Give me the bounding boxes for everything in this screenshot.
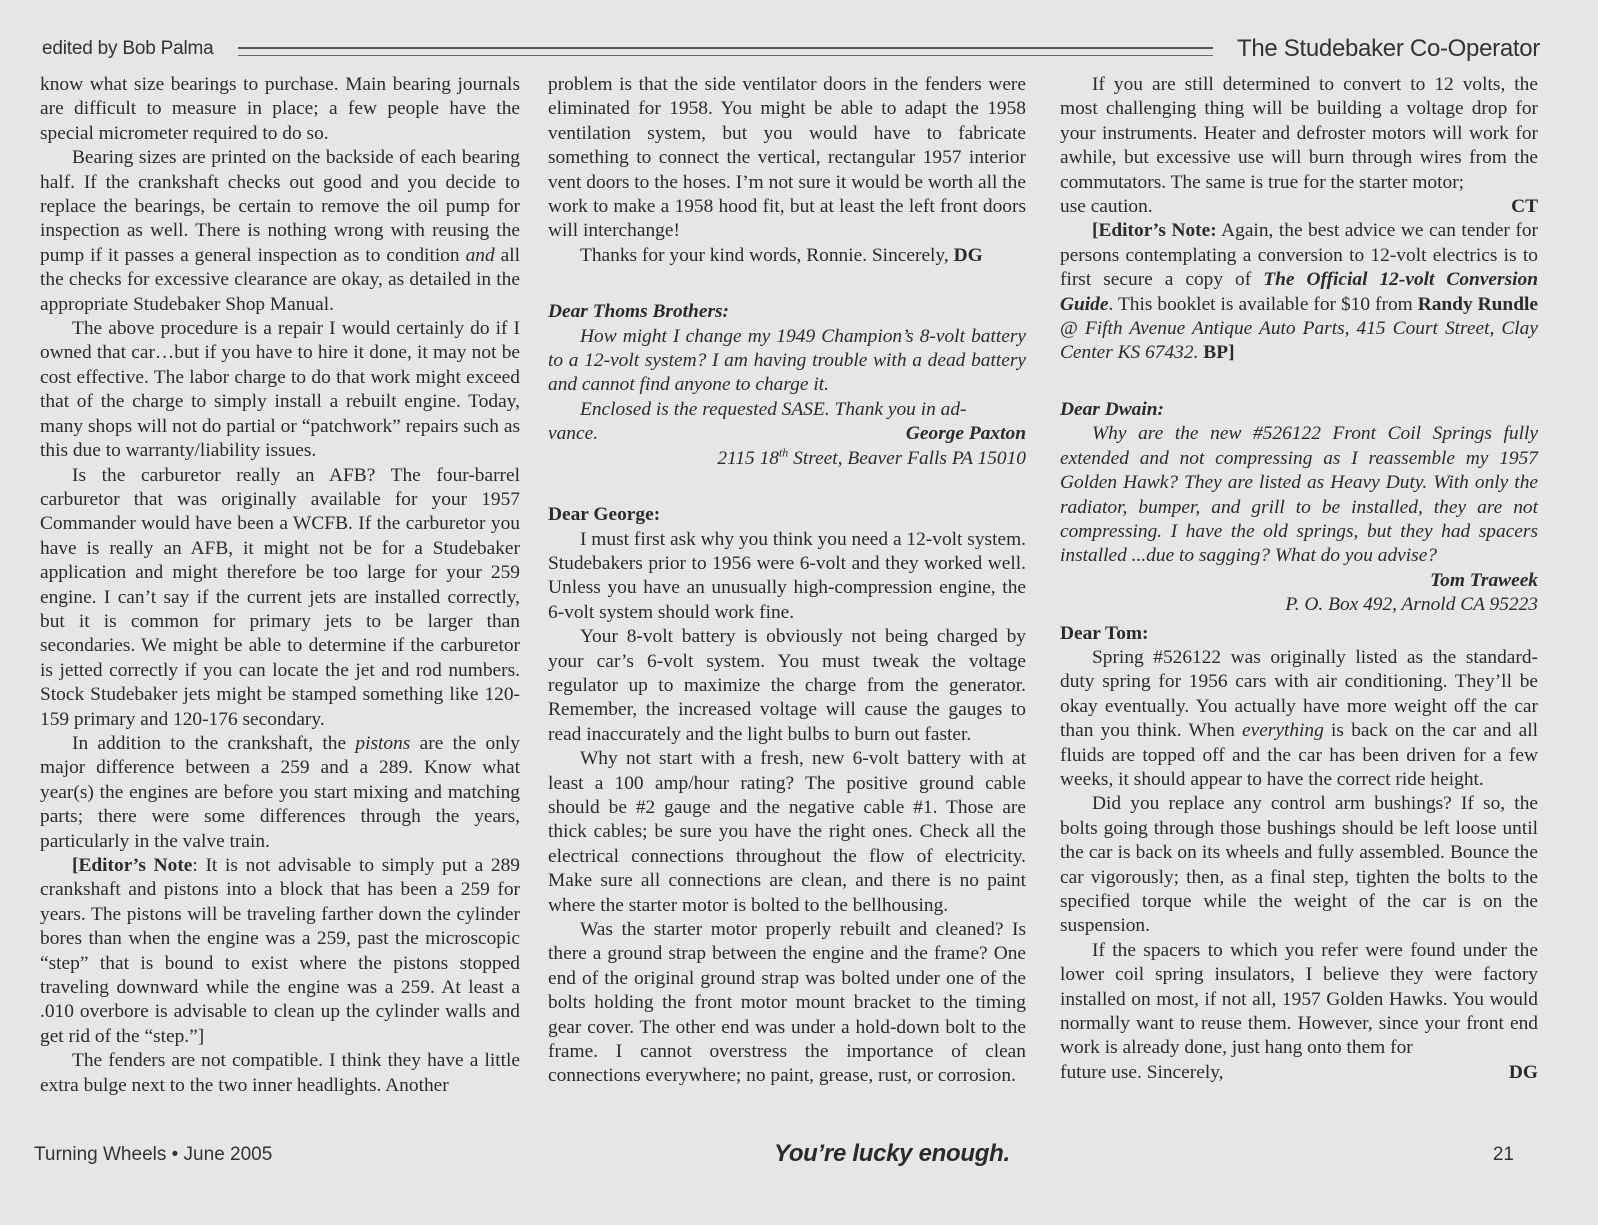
letter-salutation: Dear Dwain: [1060,398,1538,422]
paragraph: Was the starter motor properly rebuilt a… [548,918,1026,1089]
letter-paragraph: Why are the new #526122 Front Coil Sprin… [1060,422,1538,568]
letter-signature: Tom Traweek [1060,569,1538,593]
article-body: know what size bearings to purchase. Mai… [40,73,1540,1113]
reply-salutation: Dear George: [548,503,1026,527]
paragraph: If the spacers to which you refer were f… [1060,939,1538,1061]
paragraph: know what size bearings to purchase. Mai… [40,73,520,146]
paragraph: Spring #526122 was originally listed as … [1060,646,1538,792]
paragraph: Your 8-volt battery is obviously not bei… [548,625,1026,747]
signoff-initials: CT [1511,195,1538,219]
paragraph: I must first ask why you think you need … [548,528,1026,626]
letter-address: 2115 18th Street, Beaver Falls PA 15010 [548,447,1026,471]
paragraph: The fenders are not compatible. I think … [40,1049,520,1098]
letter-signature: George Paxton [906,422,1026,446]
reply-salutation: Dear Tom: [1060,622,1538,646]
paragraph: Is the carburetor really an AFB? The fou… [40,464,520,732]
editor-credit: edited by Bob Palma [42,38,214,60]
paragraph: Thanks for your kind words, Ronnie. Sinc… [548,244,1026,268]
paragraph: Bearing sizes are printed on the backsid… [40,146,520,317]
magazine-page: edited by Bob Palma The Studebaker Co-Op… [0,0,1598,1225]
signoff-initials: DG [954,245,983,266]
paragraph: In addition to the crankshaft, the pisto… [40,732,520,854]
page-header: edited by Bob Palma The Studebaker Co-Op… [42,32,1540,66]
page-number: 21 [1493,1144,1514,1166]
letter-salutation: Dear Thoms Brothers: [548,300,1026,324]
editors-note: [Editor’s Note: Again, the best advice w… [1060,219,1538,365]
signoff-line: future use. Sincerely, DG [1060,1061,1538,1085]
letter-address: P. O. Box 492, Arnold CA 95223 [1060,593,1538,617]
header-double-rule [238,47,1213,56]
column-3: If you are still determined to convert t… [1060,73,1538,1085]
column-1: know what size bearings to purchase. Mai… [40,73,520,1098]
column-title: The Studebaker Co-Operator [1237,35,1540,63]
letter-paragraph: Enclosed is the requested SASE. Thank yo… [548,398,1026,422]
signoff-line: use caution. CT [1060,195,1538,219]
paragraph: The above procedure is a repair I would … [40,317,520,463]
column-2: problem is that the side ventilator door… [548,73,1026,1089]
editors-note: [Editor’s Note: It is not advisable to s… [40,854,520,1049]
page-footer: Turning Wheels • June 2005 You’re lucky … [34,1140,1514,1180]
letter-paragraph: How might I change my 1949 Champion’s 8-… [548,325,1026,398]
letter-signature-line: vance. George Paxton [548,422,1026,446]
signoff-initials: DG [1509,1061,1538,1085]
paragraph: Did you replace any control arm bushings… [1060,792,1538,938]
paragraph: Why not start with a fresh, new 6-volt b… [548,747,1026,918]
publication-issue: Turning Wheels • June 2005 [34,1144,272,1166]
paragraph: If you are still determined to convert t… [1060,73,1538,195]
footer-slogan: You’re lucky enough. [774,1140,1010,1168]
paragraph: problem is that the side ventilator door… [548,73,1026,244]
